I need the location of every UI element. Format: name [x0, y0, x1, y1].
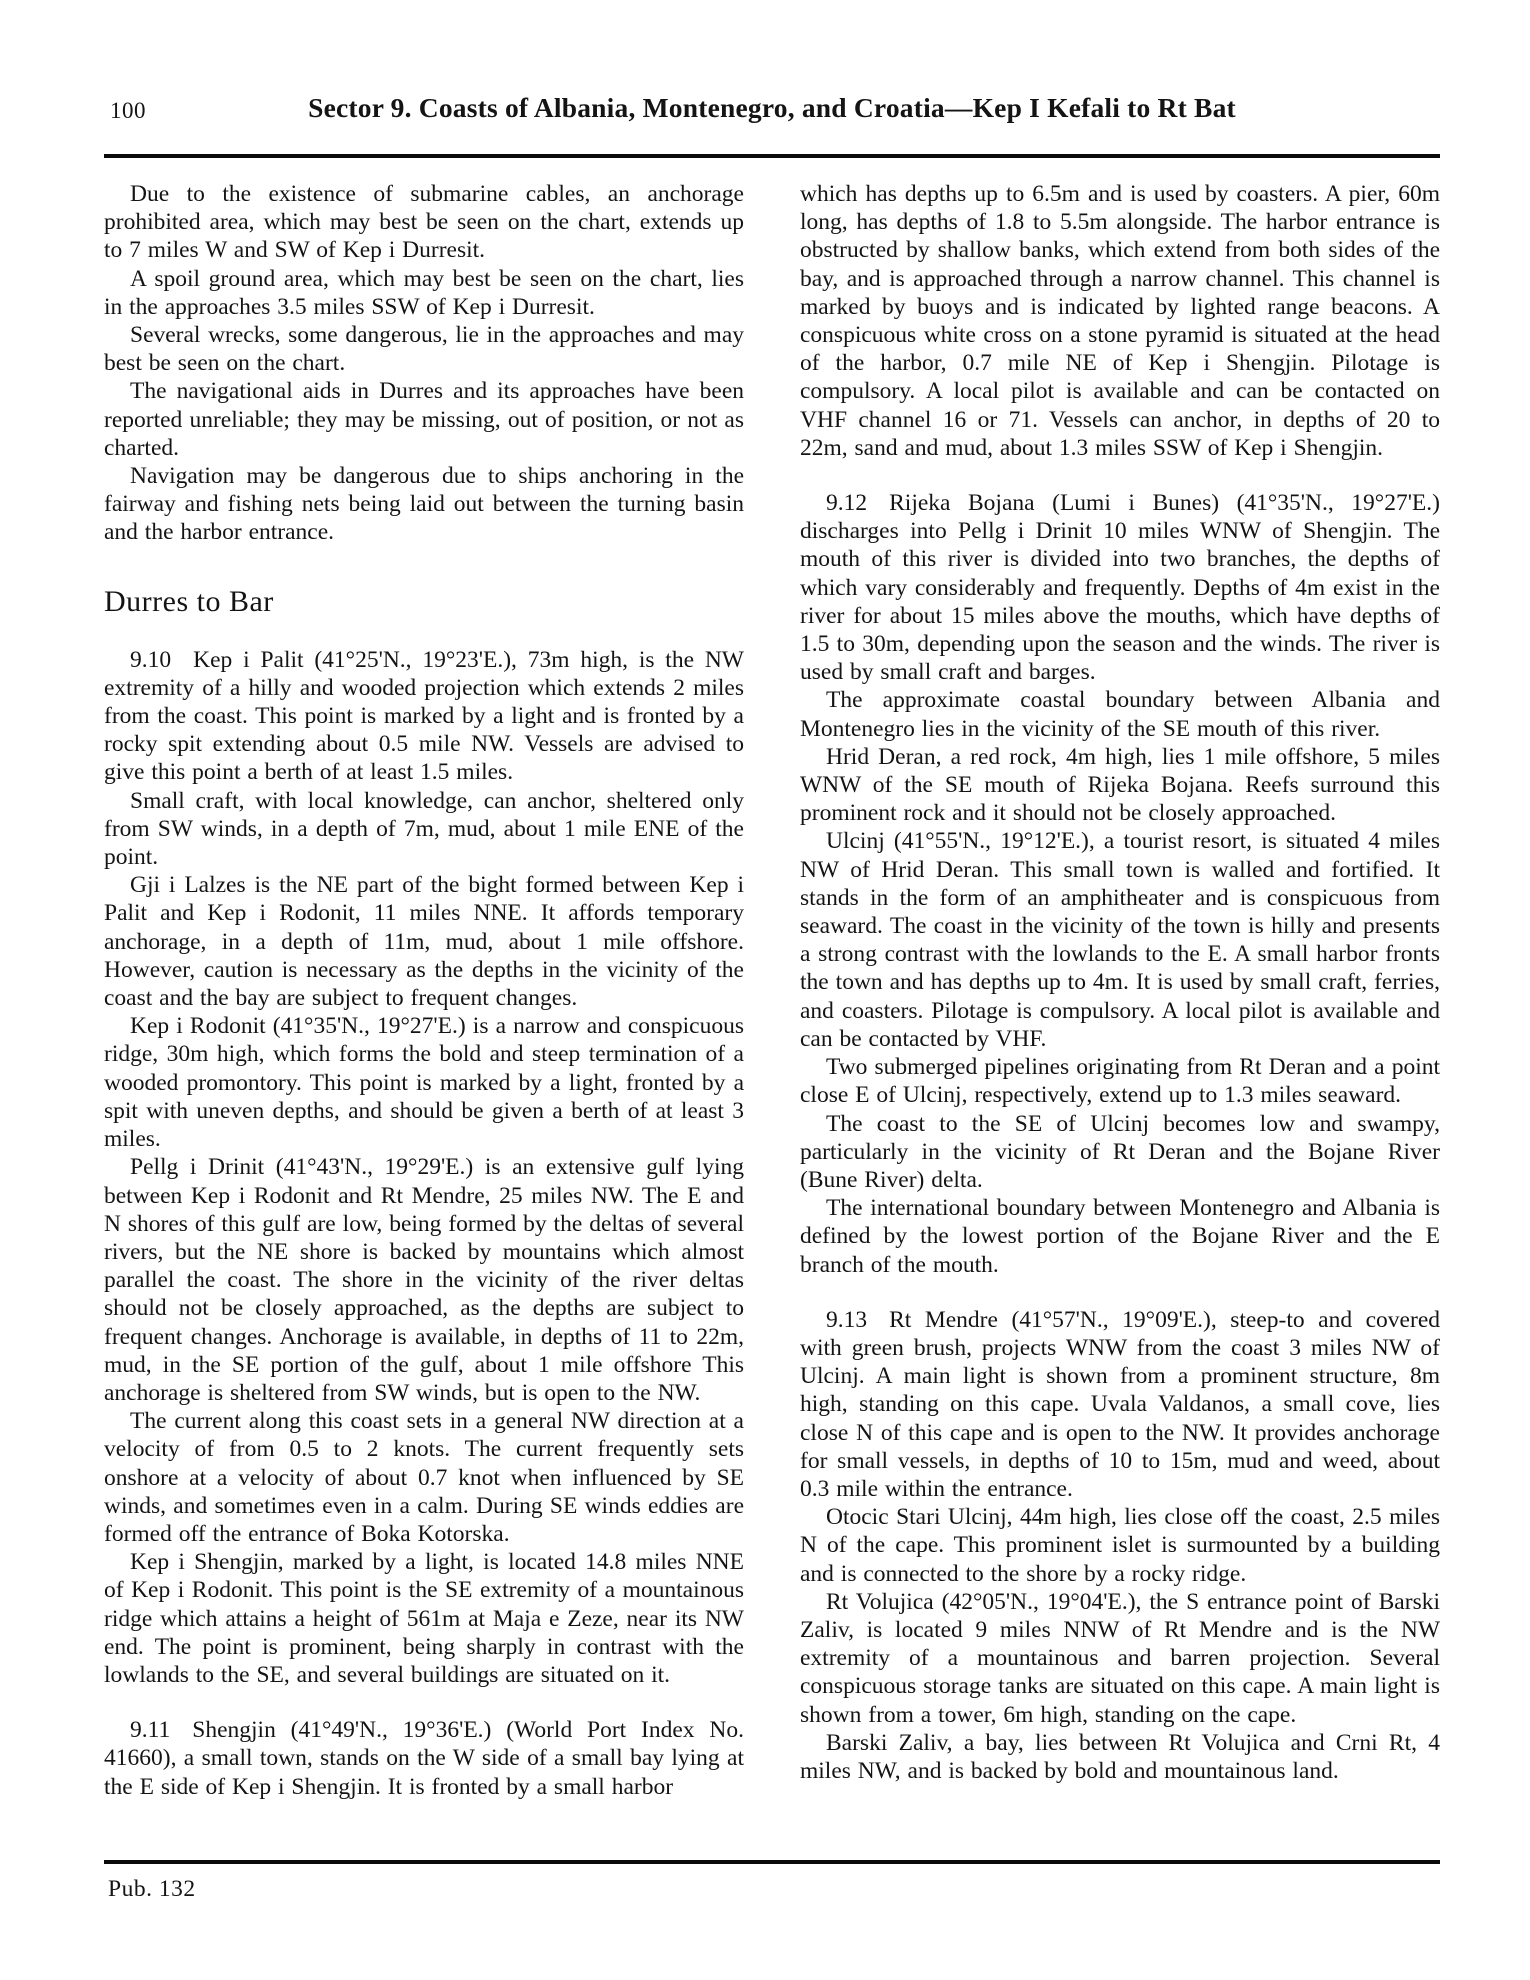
paragraph: The international boundary between Monte… — [800, 1194, 1440, 1279]
paragraph-number: 9.12 — [826, 490, 867, 516]
left-column: Due to the existence of submarine cables… — [104, 180, 744, 1856]
paragraph: Due to the existence of submarine cables… — [104, 180, 744, 265]
paragraph: Kep i Rodonit (41°35'N., 19°27'E.) is a … — [104, 1012, 744, 1153]
paragraph: Several wrecks, some dangerous, lie in t… — [104, 321, 744, 377]
paragraph: The approximate coastal boundary between… — [800, 686, 1440, 742]
paragraph: The coast to the SE of Ulcinj becomes lo… — [800, 1110, 1440, 1195]
paragraph: The navigational aids in Durres and its … — [104, 377, 744, 462]
page-number: 100 — [110, 98, 146, 124]
publication-label: Pub. 132 — [108, 1876, 196, 1903]
paragraph: which has depths up to 6.5m and is used … — [800, 180, 1440, 462]
right-column: which has depths up to 6.5m and is used … — [800, 180, 1440, 1856]
paragraph: The current along this coast sets in a g… — [104, 1407, 744, 1548]
footer-rule — [104, 1860, 1440, 1864]
paragraph: Gji i Lalzes is the NE part of the bight… — [104, 871, 744, 1012]
paragraph: Barski Zaliv, a bay, lies between Rt Vol… — [800, 1729, 1440, 1785]
paragraph: Small craft, with local knowledge, can a… — [104, 787, 744, 872]
paragraph: Navigation may be dangerous due to ships… — [104, 462, 744, 547]
sector-title: Sector 9. Coasts of Albania, Montenegro,… — [104, 92, 1440, 124]
paragraph: Hrid Deran, a red rock, 4m high, lies 1 … — [800, 743, 1440, 828]
paragraph: Ulcinj (41°55'N., 19°12'E.), a tourist r… — [800, 827, 1440, 1053]
section-heading: Durres to Bar — [104, 585, 744, 619]
numbered-paragraph: 9.13Rt Mendre (41°57'N., 19°09'E.), stee… — [800, 1306, 1440, 1503]
paragraph-number: 9.11 — [130, 1717, 170, 1743]
page-header: 100 Sector 9. Coasts of Albania, Montene… — [104, 92, 1440, 136]
paragraph: Otocic Stari Ulcinj, 44m high, lies clos… — [800, 1503, 1440, 1588]
paragraph-number: 9.13 — [826, 1307, 867, 1333]
paragraph: Kep i Shengjin, marked by a light, is lo… — [104, 1548, 744, 1689]
paragraph: Rt Volujica (42°05'N., 19°04'E.), the S … — [800, 1588, 1440, 1729]
numbered-paragraph: 9.10Kep i Palit (41°25'N., 19°23'E.), 73… — [104, 646, 744, 787]
paragraph: Two submerged pipelines originating from… — [800, 1053, 1440, 1109]
header-rule — [104, 154, 1440, 158]
text-body: Due to the existence of submarine cables… — [104, 180, 1440, 1856]
paragraph: Pellg i Drinit (41°43'N., 19°29'E.) is a… — [104, 1153, 744, 1407]
numbered-paragraph: 9.12Rijeka Bojana (Lumi i Bunes) (41°35'… — [800, 489, 1440, 686]
paragraph-number: 9.10 — [130, 647, 171, 673]
document-page: 100 Sector 9. Coasts of Albania, Montene… — [0, 0, 1530, 1980]
numbered-paragraph: 9.11Shengjin (41°49'N., 19°36'E.) (World… — [104, 1716, 744, 1801]
paragraph: A spoil ground area, which may best be s… — [104, 265, 744, 321]
